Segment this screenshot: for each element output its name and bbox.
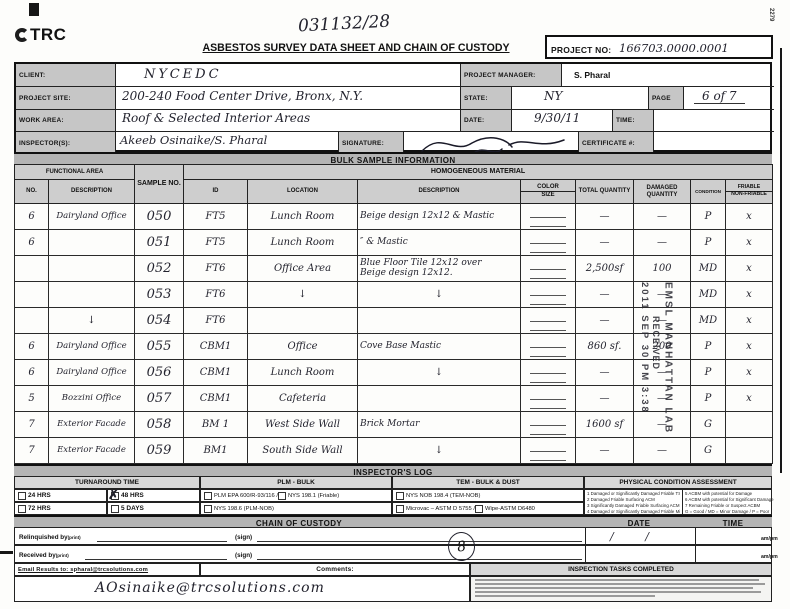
friable-mark: x [726, 282, 773, 308]
checkbox-icon[interactable] [204, 505, 212, 513]
header-no: NO. [15, 180, 49, 204]
location-value: Office [248, 334, 358, 360]
color-size-cell [521, 256, 576, 282]
condition-value: MD [691, 308, 726, 334]
condition-value: P [691, 334, 726, 360]
material-id: FT6 [184, 308, 248, 334]
sample-no: 053 [135, 282, 184, 308]
page-label: PAGE [652, 95, 671, 102]
turnaround-label: 24 HRS [28, 492, 51, 499]
func-area-desc: Bozzini Office [49, 386, 135, 412]
header-non-friable: NON-FRIABLE [726, 191, 772, 198]
comments-area[interactable]: AOsinaike@trcsolutions.com [14, 576, 470, 602]
page-value: 6 of 7 [694, 89, 745, 104]
total-qty: — [576, 360, 634, 386]
total-qty: 2,500sf [576, 256, 634, 282]
material-id: FT5 [184, 204, 248, 230]
total-qty: — [576, 282, 634, 308]
sample-row: 053FT6↓↓——MDx [15, 282, 773, 308]
material-desc: ″ & Mastic [358, 230, 521, 256]
func-area-no: 6 [15, 360, 49, 386]
turnaround-option-5-days[interactable]: 5 DAYS [107, 502, 200, 515]
received-row: Received by(print) (sign) am/pm [14, 545, 772, 563]
damaged-qty: — [634, 360, 691, 386]
comments-cell: Comments: [200, 563, 470, 576]
material-id: BM 1 [184, 412, 248, 438]
func-area-no: 7 [15, 438, 49, 464]
tem-method-row-1: NYS NOB 198.4 (TEM-NOB) [392, 489, 584, 502]
time-label: TIME: [616, 117, 635, 124]
sample-no: 050 [135, 204, 184, 230]
pca-list-right: 5 ACBM with potential for Damage6 ACBM w… [683, 490, 776, 514]
header-friable: FRIABLE NON-FRIABLE [726, 180, 773, 204]
friable-mark: x [726, 386, 773, 412]
color-size-cell [521, 282, 576, 308]
sample-no: 056 [135, 360, 184, 386]
scan-edge-line [780, 48, 782, 473]
project-manager-label-cell: PROJECT MANAGER: [460, 64, 562, 86]
func-area-desc [49, 230, 135, 256]
header-total-qty: TOTAL QUANTITY [576, 180, 634, 204]
certificate-label-cell: CERTIFICATE #: [578, 132, 654, 154]
client-label: CLIENT: [19, 72, 45, 79]
checkbox-icon[interactable] [475, 505, 483, 513]
checkbox-icon[interactable] [278, 492, 286, 500]
func-area-no [15, 282, 49, 308]
sample-row: 052FT6Office AreaBlue Floor Tile 12x12 o… [15, 256, 773, 282]
scanned-form-sheet: 2279 TRC 031132/28 ASBESTOS SURVEY DATA … [0, 0, 790, 609]
friable-mark: x [726, 256, 773, 282]
friable-mark: x [726, 334, 773, 360]
tem-method-row-2: Microvac – ASTM D 5755 / Wipe-ASTM D6480 [392, 502, 584, 515]
condition-value: G [691, 438, 726, 464]
handwritten-lab-number: 031132/28 [298, 12, 391, 37]
date-label: DATE: [464, 117, 484, 124]
header-damaged-qty: DAMAGED QUANTITY [634, 180, 691, 204]
bulk-sample-table: FUNCTIONAL AREA SAMPLE NO. HOMOGENEOUS M… [14, 164, 773, 464]
color-size-cell [521, 438, 576, 464]
state-label-cell: STATE: [460, 87, 512, 109]
total-qty: — [576, 230, 634, 256]
damaged-qty: — [634, 282, 691, 308]
state-label: STATE: [464, 95, 488, 102]
material-desc: Beige design 12x12 & Mastic [358, 204, 521, 230]
material-id: FT6 [184, 282, 248, 308]
location-value: Cafeteria [248, 386, 358, 412]
total-qty: 1600 sf [576, 412, 634, 438]
material-desc: Brick Mortar [358, 412, 521, 438]
friable-mark [726, 412, 773, 438]
material-desc: ↓ [358, 282, 521, 308]
relinquished-row: Relinquished by(print) (sign) / / am/pm [14, 527, 772, 545]
func-area-no: 6 [15, 334, 49, 360]
func-area-desc: Dairyland Office [49, 360, 135, 386]
sign-label: (sign) [235, 534, 252, 541]
condition-value: P [691, 204, 726, 230]
comments-label: Comments: [316, 566, 354, 573]
friable-mark: x [726, 308, 773, 334]
condition-value: P [691, 230, 726, 256]
checkbox-icon[interactable] [18, 505, 26, 513]
email-results-cell: Email Results to: spharal@trcsolutions.c… [14, 563, 200, 576]
damaged-qty: — [634, 412, 691, 438]
trc-logo-ring-icon [15, 28, 29, 42]
relinquished-label: Relinquished by [19, 534, 68, 541]
func-area-no: 6 [15, 204, 49, 230]
condition-value: MD [691, 282, 726, 308]
handwritten-email: AOsinaike@trcsolutions.com [95, 580, 325, 596]
func-area-no: 6 [15, 230, 49, 256]
material-desc: Cove Base Mastic [358, 334, 521, 360]
color-size-cell [521, 308, 576, 334]
client-value: NYCEDC [144, 67, 222, 82]
total-qty: — [576, 308, 634, 334]
project-site-label-cell: PROJECT SITE: [16, 87, 116, 109]
project-site-label: PROJECT SITE: [19, 95, 71, 102]
project-site-value: 200-240 Food Center Drive, Bronx, N.Y. [122, 89, 363, 103]
func-area-desc: ↓ [49, 308, 135, 334]
circled-sample-count-value: 8 [456, 538, 467, 555]
checkbox-icon[interactable] [18, 492, 26, 500]
relinquished-sign-line[interactable] [257, 541, 582, 542]
sample-row: 5Bozzini Office057CBM1Cafeteria——Px [15, 386, 773, 412]
header-homogeneous-material: HOMOGENEOUS MATERIAL [184, 165, 773, 180]
sample-no: 052 [135, 256, 184, 282]
material-id: BM1 [184, 438, 248, 464]
color-size-cell [521, 360, 576, 386]
damaged-qty: — [634, 438, 691, 464]
turnaround-option-24-hrs[interactable]: 24 HRS [14, 489, 107, 502]
sample-no: 055 [135, 334, 184, 360]
material-id: FT6 [184, 256, 248, 282]
checkbox-icon[interactable] [396, 505, 404, 513]
checkbox-icon[interactable] [111, 505, 119, 513]
header-condition: CONDITION [691, 180, 726, 204]
trc-logo-text: TRC [30, 25, 66, 44]
sample-no: 058 [135, 412, 184, 438]
material-desc [358, 386, 521, 412]
damaged-qty: 200 [634, 334, 691, 360]
header-sample-no: SAMPLE NO. [135, 165, 184, 204]
sample-row: 6Dairyland Office050FT5Lunch RoomBeige d… [15, 204, 773, 230]
date-value: 9/30/11 [534, 111, 580, 125]
inspectors-value: Akeeb Osinaike/S. Pharal [120, 133, 267, 147]
header-id: ID [184, 180, 248, 204]
inspection-tasks-fineprint [470, 576, 772, 602]
condition-value: P [691, 386, 726, 412]
material-id: CBM1 [184, 334, 248, 360]
date-label-cell: DATE: [460, 110, 512, 131]
location-value: Office Area [248, 256, 358, 282]
material-desc: Blue Floor Tile 12x12 over Beige design … [358, 256, 521, 282]
location-value: Lunch Room [248, 230, 358, 256]
work-area-label-cell: WORK AREA: [16, 110, 116, 131]
material-id: CBM1 [184, 360, 248, 386]
total-qty: — [576, 386, 634, 412]
handwritten-check-x: ✗ [108, 487, 119, 503]
location-value [248, 308, 358, 334]
pca-body: 1 Damaged or Significantly Damaged Friab… [584, 489, 772, 515]
inspectors-label-cell: INSPECTOR(S): [16, 132, 116, 154]
material-desc [358, 308, 521, 334]
func-area-desc: Exterior Facade [49, 438, 135, 464]
inspection-tasks-header: INSPECTION TASKS COMPLETED [470, 563, 772, 576]
color-size-cell [521, 204, 576, 230]
relinquished-print-line[interactable] [97, 541, 227, 542]
project-manager-value: S. Pharal [574, 70, 610, 80]
func-area-desc: Exterior Facade [49, 412, 135, 438]
header-location: LOCATION [248, 180, 358, 204]
received-sign-line[interactable] [257, 559, 582, 560]
damaged-qty: — [634, 204, 691, 230]
func-area-no [15, 256, 49, 282]
received-print-line[interactable] [85, 559, 227, 560]
received-label: Received by [19, 552, 56, 559]
print-suffix: (print) [68, 535, 81, 540]
location-value: Lunch Room [248, 360, 358, 386]
damaged-qty: — [634, 308, 691, 334]
time-label-cell: TIME: [612, 110, 654, 131]
signature-label: SIGNATURE: [342, 140, 384, 147]
received-ampm: am/pm [761, 554, 778, 560]
turnaround-label: 48 HRS [121, 492, 144, 499]
scan-mark [29, 3, 39, 16]
checkbox-icon[interactable] [396, 492, 404, 500]
total-qty: — [576, 204, 634, 230]
scan-mark [0, 551, 13, 554]
print-suffix: (print) [56, 553, 69, 558]
func-area-desc: Dairyland Office [49, 334, 135, 360]
sample-row: 6051FT5Lunch Room″ & Mastic——Px [15, 230, 773, 256]
page-edge-number: 2279 [768, 8, 774, 21]
friable-mark: x [726, 204, 773, 230]
turnaround-option-72-hrs[interactable]: 72 HRS [14, 502, 107, 515]
work-area-label: WORK AREA: [19, 117, 64, 124]
inspectors-label: INSPECTOR(S): [19, 140, 70, 147]
total-qty: 860 sf. [576, 334, 634, 360]
color-size-cell [521, 386, 576, 412]
plm-method-row-2: NYS 198.6 (PLM-NOB) [200, 502, 392, 515]
project-no-value: 166703.0000.0001 [619, 41, 729, 55]
func-area-no [15, 308, 49, 334]
signature-label-cell: SIGNATURE: [338, 132, 404, 154]
sample-row: 7Exterior Facade059BM1South Side Wall↓——… [15, 438, 773, 464]
sample-no: 057 [135, 386, 184, 412]
color-size-cell [521, 334, 576, 360]
material-desc: ↓ [358, 438, 521, 464]
color-size-cell [521, 230, 576, 256]
damaged-qty: 100 [634, 256, 691, 282]
certificate-label: CERTIFICATE #: [582, 140, 635, 147]
state-value: NY [544, 89, 562, 103]
turnaround-header: TURNAROUND TIME [14, 476, 200, 489]
turnaround-option-48-hrs[interactable]: 48 HRS✗ [107, 489, 200, 502]
plm-method-row-1: PLM EPA 600/R-93/116 / NYS 198.1 (Friabl… [200, 489, 392, 502]
func-area-no: 5 [15, 386, 49, 412]
turnaround-label: 5 DAYS [121, 505, 144, 512]
page-label-cell: PAGE [648, 87, 684, 109]
sign-label: (sign) [235, 552, 252, 559]
sample-no: 051 [135, 230, 184, 256]
tem-bulk-dust-header: TEM - BULK & DUST [392, 476, 584, 489]
plm-bulk-header: PLM - BULK [200, 476, 392, 489]
location-value: West Side Wall [248, 412, 358, 438]
pca-header: PHYSICAL CONDITION ASSESSMENT [584, 476, 772, 489]
location-value: ↓ [248, 282, 358, 308]
turnaround-label: 72 HRS [28, 505, 51, 512]
condition-value: G [691, 412, 726, 438]
sample-row: ↓054FT6——MDx [15, 308, 773, 334]
sample-row: 6Dairyland Office056CBM1Lunch Room↓——Px [15, 360, 773, 386]
client-label-cell: CLIENT: [16, 64, 116, 86]
header-functional-area: FUNCTIONAL AREA [15, 165, 135, 180]
sample-row: 6Dairyland Office055CBM1OfficeCove Base … [15, 334, 773, 360]
damaged-qty: — [634, 386, 691, 412]
location-value: Lunch Room [248, 204, 358, 230]
location-value: South Side Wall [248, 438, 358, 464]
pca-list-left: 1 Damaged or Significantly Damaged Friab… [585, 490, 683, 514]
total-qty: — [576, 438, 634, 464]
friable-mark: x [726, 360, 773, 386]
work-area-value: Roof & Selected Interior Areas [122, 111, 310, 125]
header-color: COLOR [521, 184, 575, 191]
project-manager-label: PROJECT MANAGER: [464, 72, 535, 79]
relinquished-ampm: am/pm [761, 536, 778, 542]
project-no-label: PROJECT NO: [551, 45, 611, 55]
friable-mark: x [726, 230, 773, 256]
material-id: FT5 [184, 230, 248, 256]
header-description: DESCRIPTION [49, 180, 135, 204]
trc-logo: TRC [15, 25, 66, 45]
damaged-qty: — [634, 230, 691, 256]
header-color-size: COLOR SIZE [521, 180, 576, 204]
func-area-desc: Dairyland Office [49, 204, 135, 230]
condition-value: P [691, 360, 726, 386]
project-no-box: PROJECT NO: 166703.0000.0001 [545, 35, 773, 59]
header-size: SIZE [521, 191, 575, 199]
func-area-desc [49, 282, 135, 308]
checkbox-icon[interactable] [204, 492, 212, 500]
relinquished-date-slashes: / / [610, 530, 663, 543]
form-title: ASBESTOS SURVEY DATA SHEET AND CHAIN OF … [170, 42, 542, 54]
color-size-cell [521, 412, 576, 438]
material-id: CBM1 [184, 386, 248, 412]
sample-no: 054 [135, 308, 184, 334]
friable-mark [726, 438, 773, 464]
sample-row: 7Exterior Facade058BM 1West Side WallBri… [15, 412, 773, 438]
info-block: CLIENT: NYCEDC PROJECT MANAGER: S. Phara… [14, 62, 772, 152]
condition-value: MD [691, 256, 726, 282]
material-desc: ↓ [358, 360, 521, 386]
func-area-desc [49, 256, 135, 282]
func-area-no: 7 [15, 412, 49, 438]
email-results-label: Email Results to: spharal@trcsolutions.c… [15, 567, 148, 573]
sample-no: 059 [135, 438, 184, 464]
header-material-description: DESCRIPTION [358, 180, 521, 204]
